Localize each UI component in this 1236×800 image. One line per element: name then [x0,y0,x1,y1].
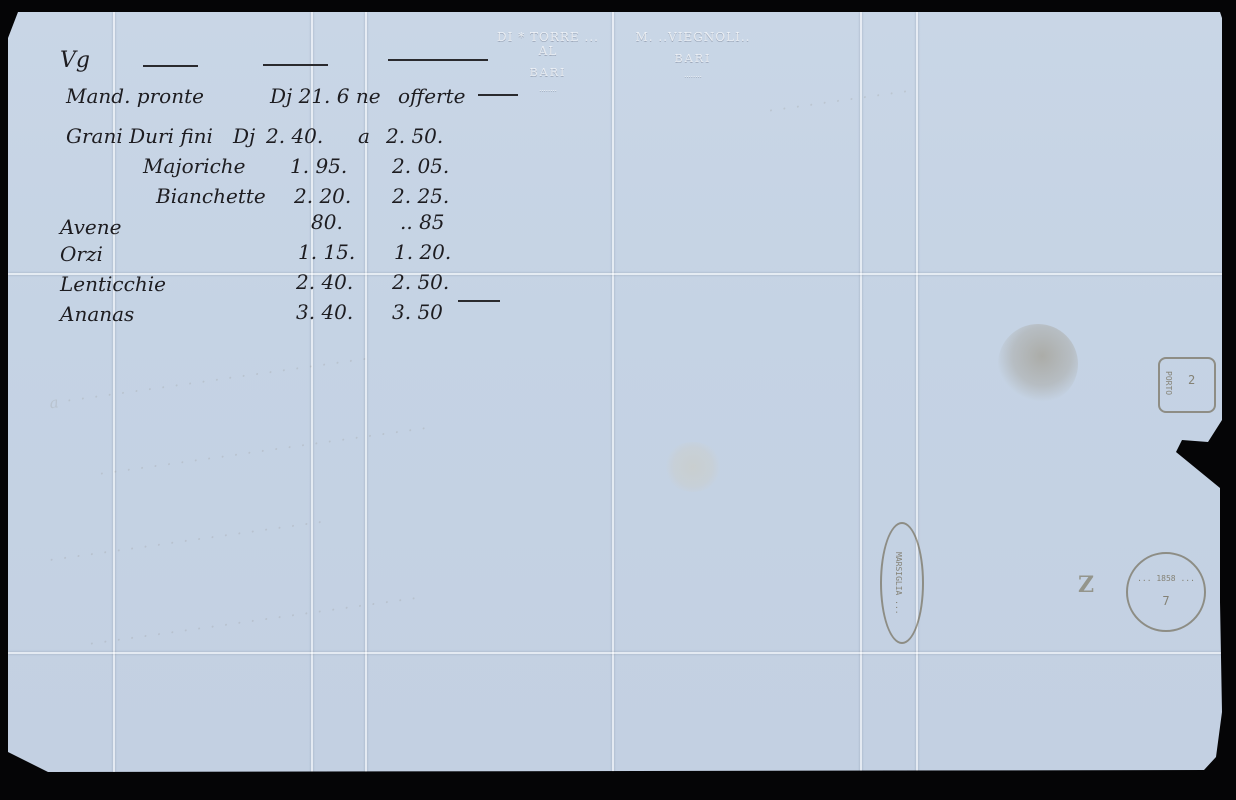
rule [143,65,198,67]
header-offer: offerte [398,84,465,108]
oval-handstamp: MARSIGLIA ... [880,522,924,644]
rule [458,300,500,302]
item-offer: 2. 50. [392,270,449,294]
item-price: 2. 40. [266,124,323,148]
fold-line [8,273,1222,275]
item-offer: 2. 05. [392,154,449,178]
item-price: 1. 15. [298,240,355,264]
fold-line [612,12,614,772]
item-price: 80. [311,210,343,234]
item-price: 2. 40. [296,270,353,294]
show-through-writing: · · · · · · · · · · · · · · · · · · · · … [88,589,419,653]
item-price: 2. 20. [294,184,351,208]
header-unit: Dj 21. 6 ne [270,84,381,108]
faint-cds-stamp [998,324,1078,404]
item-offer: .. 85 [400,210,445,234]
item-offer: 2. 25. [392,184,449,208]
fold-line [916,12,918,772]
item-name: Lenticchie [60,272,166,296]
item-name: Majoriche [143,154,246,178]
wax-seal-residue [663,442,723,492]
rule [388,59,488,61]
letter-sheet: a · · · · · · · · · · · · · · · · · · · … [8,12,1222,772]
show-through-writing: · · · · · · · · · · · · · · · · · · · · … [48,513,325,569]
fold-line [860,12,862,772]
embossed-letterhead: M. ..VIEGNOLI.. BARI ........ [628,30,758,79]
embossed-letterhead: DI * TORRE ... AL BARI ........ [488,30,608,93]
item-name: Bianchette [156,184,266,208]
show-through-writing: · · · · · · · · · · · · · · · · · · · · … [98,419,429,483]
item-name: Avene [60,215,121,239]
header-label: Mand. pronte [66,84,204,108]
header-mark: Vg [60,48,90,73]
item-offer: 2. 50. [386,124,443,148]
rule [263,64,328,66]
item-offer: 1. 20. [394,240,451,264]
item-offer: 3. 50 [392,300,443,324]
circular-datestamp: ... 1858 ... 7 [1126,552,1206,632]
item-price: 3. 40. [296,300,353,324]
boxed-handstamp: PORTO 2 [1158,357,1216,413]
item-name: Grani Duri fini [66,124,213,148]
item-name: Orzi [60,242,103,266]
show-through-writing: · · · · · · · · · · · [767,82,910,120]
item-name: Ananas [60,302,134,326]
item-price: 1. 95. [290,154,347,178]
fold-line [8,652,1222,654]
rule [478,94,518,96]
manuscript-mark: Z [1078,572,1094,598]
show-through-writing: a · · · · · · · · · · · · · · · · · · · … [48,350,370,413]
